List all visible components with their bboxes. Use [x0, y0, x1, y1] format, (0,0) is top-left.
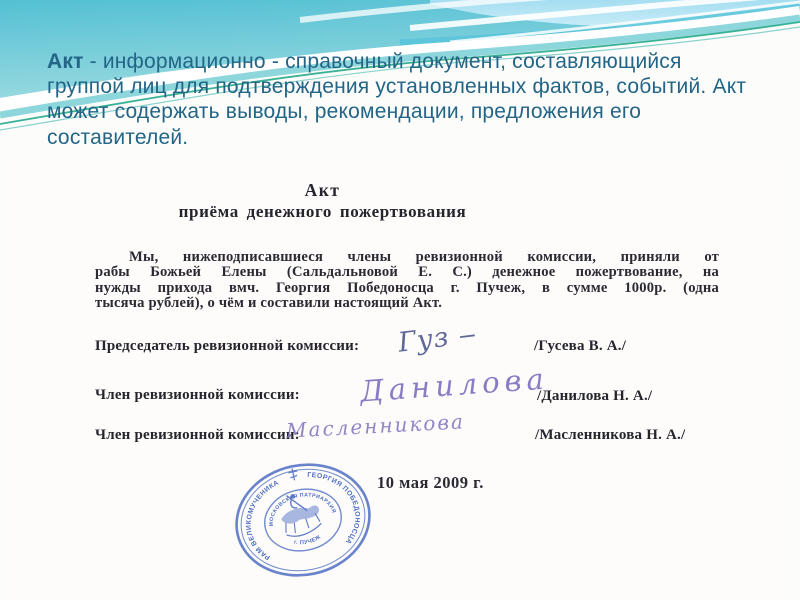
signature-row-3-handwriting: Масленникова	[285, 409, 465, 442]
stamp-outer-text-left: ХРАМ ВЕЛИКОМУЧЕНИКА	[231, 460, 295, 567]
signature-row-1-label: Председатель ревизионной комиссии:	[95, 338, 359, 355]
stamp-second-ring	[232, 460, 375, 580]
body-line-3: нужды прихода вмч. Георгия Победоносца г…	[95, 281, 719, 296]
signature-row-2-label: Член ревизионной комиссии:	[95, 387, 300, 404]
signature-row-1-name: /Гусева В. А./	[534, 338, 626, 355]
church-seal-stamp: ХРАМ ВЕЛИКОМУЧЕНИКА ГЕОРГИЯ ПОБЕДОНОСЦА …	[231, 460, 375, 580]
document-date: 10 мая 2009 г.	[377, 473, 484, 493]
document-heading-line-1: Акт	[95, 180, 550, 201]
body-line-4: тысяча рублей), о чём и составили настоя…	[95, 296, 719, 311]
signature-row-2-handwriting: Данилова	[359, 361, 550, 408]
signature-row-3-name: /Масленникова Н. А./	[535, 427, 685, 444]
signature-row-1-handwriting: Гуз ‒	[396, 318, 478, 358]
act-document: Акт приёма денежного пожертвования Мы, н…	[0, 0, 800, 600]
document-heading: Акт приёма денежного пожертвования	[95, 180, 550, 222]
body-line-1: Мы, нижеподписавшиеся члены ревизионной …	[95, 250, 719, 265]
signature-row-3-label: Член ревизионной комиссии:	[95, 427, 300, 444]
document-heading-line-2: приёма денежного пожертвования	[95, 201, 550, 222]
document-body-paragraph: Мы, нижеподписавшиеся члены ревизионной …	[95, 250, 719, 312]
body-line-2: рабы Божьей Елены (Сальдальновой Е. С.) …	[95, 265, 719, 280]
signature-row-2-name: /Данилова Н. А./	[537, 388, 652, 405]
stamp-rotated-group: ХРАМ ВЕЛИКОМУЧЕНИКА ГЕОРГИЯ ПОБЕДОНОСЦА …	[231, 460, 375, 580]
stamp-inner-text: МОСКОВСКАЯ ПАТРИАРХИЯ	[264, 486, 337, 527]
presentation-slide: Акт - информационно - справочный докумен…	[0, 0, 800, 600]
